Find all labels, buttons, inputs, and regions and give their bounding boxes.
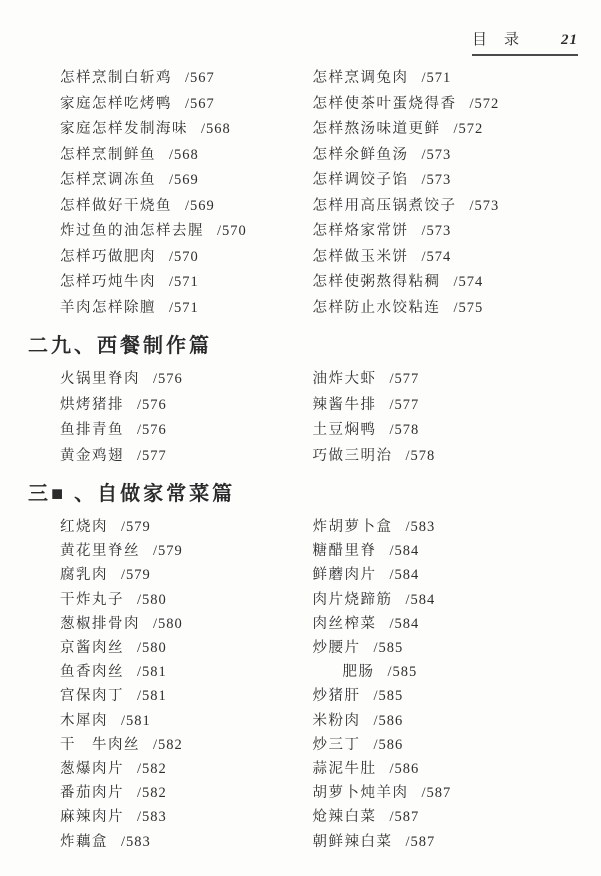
entry-page-number: /579 [121,519,151,535]
entry-page-number: /583 [121,834,151,850]
entry-page-number: /568 [201,121,231,137]
entry-page-number: /581 [137,688,167,704]
toc-entry: 葱椒排骨肉/580 [60,612,301,636]
toc-column-right: 怎样烹调兔肉/571怎样使茶叶蛋烧得香/572怎样熬汤味道更鲜/572怎样氽鲜鱼… [301,66,601,321]
entry-title: 家庭怎样发制海味 [60,121,188,137]
entry-page-number: /567 [185,70,215,86]
toc-entry: 黄花里脊丝/579 [60,539,301,563]
entry-title: 糖醋里脊 [313,543,377,559]
entry-page-number: /567 [185,96,215,112]
entry-page-number: /586 [374,737,404,753]
toc-column-left: 火锅里脊肉/576烘烤猪排/576鱼排青鱼/576黄金鸡翅/577 [0,367,301,469]
toc-entry: 油炸大虾/577 [313,367,601,393]
entry-page-number: /586 [390,761,420,777]
entry-title: 怎样烹调兔肉 [313,70,409,86]
toc-entry: 番茄肉片/582 [60,781,301,805]
entry-page-number: /577 [137,448,167,464]
entry-page-number: /587 [390,809,420,825]
entry-page-number: /581 [137,664,167,680]
entry-title: 巧做三明治 [313,448,393,464]
entry-title: 怎样烹调冻鱼 [60,172,156,188]
toc-entry: 鱼排青鱼/576 [60,418,301,444]
toc-entry: 怎样烹调冻鱼/569 [60,168,301,194]
entry-page-number: /572 [470,96,500,112]
entry-page-number: /582 [153,737,183,753]
toc-sections: 怎样烹制白斩鸡/567家庭怎样吃烤鸭/567家庭怎样发制海味/568怎样烹制鲜鱼… [0,66,601,854]
entry-title: 红烧肉 [60,519,108,535]
toc-entry: 怎样烹制鲜鱼/568 [60,143,301,169]
entry-page-number: /585 [374,640,404,656]
entry-title: 怎样熬汤味道更鲜 [313,121,441,137]
entry-page-number: /571 [422,70,452,86]
entry-page-number: /583 [406,519,436,535]
entry-page-number: /584 [390,616,420,632]
entry-title: 怎样烹制鲜鱼 [60,147,156,163]
toc-entry: 京酱肉丝/580 [60,636,301,660]
entry-page-number: /572 [454,121,484,137]
entry-title: 炝辣白菜 [313,809,377,825]
entry-title: 鲜蘑肉片 [313,567,377,583]
toc-entry: 腐乳肉/579 [60,563,301,587]
entry-page-number: /584 [406,592,436,608]
entry-page-number: /574 [422,249,452,265]
entry-title: 宫保肉丁 [60,688,124,704]
entry-title: 辣酱牛排 [313,397,377,413]
toc-entry: 家庭怎样发制海味/568 [60,117,301,143]
entry-title: 肥肠 [343,664,375,680]
entry-page-number: /578 [406,448,436,464]
entry-page-number: /570 [169,249,199,265]
entry-title: 怎样巧做肥肉 [60,249,156,265]
entry-page-number: /578 [390,422,420,438]
entry-page-number: /585 [374,688,404,704]
toc-entry: 巧做三明治/578 [313,444,601,470]
toc-entry: 肉片烧蹄筋/584 [313,588,601,612]
toc-entry: 怎样熬汤味道更鲜/572 [313,117,601,143]
entry-title: 鱼排青鱼 [60,422,124,438]
toc-entry: 土豆焖鸭/578 [313,418,601,444]
entry-title: 京酱肉丝 [60,640,124,656]
entry-title: 怎样烙家常饼 [313,223,409,239]
entry-title: 鱼香肉丝 [60,664,124,680]
toc-column-left: 红烧肉/579黄花里脊丝/579腐乳肉/579干炸丸子/580葱椒排骨肉/580… [0,515,301,854]
entry-title: 家庭怎样吃烤鸭 [60,96,172,112]
entry-page-number: /579 [153,543,183,559]
toc-entry: 怎样巧炖牛肉/571 [60,270,301,296]
entry-page-number: /580 [137,640,167,656]
toc-section: 三■ 、自做家常菜篇红烧肉/579黄花里脊丝/579腐乳肉/579干炸丸子/58… [0,481,601,854]
entry-page-number: /583 [137,809,167,825]
entry-page-number: /576 [137,422,167,438]
entry-page-number: /568 [169,147,199,163]
toc-entry: 蒜泥牛肚/586 [313,757,601,781]
entry-title: 黄金鸡翅 [60,448,124,464]
entry-title: 烘烤猪排 [60,397,124,413]
entry-page-number: /582 [137,761,167,777]
toc-entry: 家庭怎样吃烤鸭/567 [60,92,301,118]
entry-page-number: /587 [406,834,436,850]
toc-entry: 炒猪肝/585 [313,684,601,708]
toc-entry: 肥肠/585 [313,660,601,684]
section-heading: 二九、西餐制作篇 [28,333,601,359]
entry-title: 土豆焖鸭 [313,422,377,438]
toc-entry: 怎样调饺子馅/573 [313,168,601,194]
toc-entry: 麻辣肉片/583 [60,805,301,829]
entry-page-number: /571 [169,300,199,316]
toc-entry: 炒腰片/585 [313,636,601,660]
toc-entry: 炸藕盒/583 [60,830,301,854]
entry-page-number: /580 [137,592,167,608]
toc-entry: 怎样烙家常饼/573 [313,219,601,245]
entry-page-number: /573 [422,172,452,188]
toc-entry: 干炸丸子/580 [60,588,301,612]
toc-entry: 辣酱牛排/577 [313,393,601,419]
toc-entry: 怎样防止水饺粘连/575 [313,296,601,322]
entry-title: 米粉肉 [313,713,361,729]
toc-entry: 木犀肉/581 [60,709,301,733]
entry-title: 麻辣肉片 [60,809,124,825]
entry-title: 怎样使粥熬得粘稠 [313,274,441,290]
entry-page-number: /576 [137,397,167,413]
entry-title: 干 牛肉丝 [60,737,140,753]
entry-title: 朝鲜辣白菜 [313,834,393,850]
toc-entry: 火锅里脊肉/576 [60,367,301,393]
entry-page-number: /580 [153,616,183,632]
entry-title: 怎样巧炖牛肉 [60,274,156,290]
toc-columns: 怎样烹制白斩鸡/567家庭怎样吃烤鸭/567家庭怎样发制海味/568怎样烹制鲜鱼… [0,66,601,321]
entry-title: 怎样氽鲜鱼汤 [313,147,409,163]
toc-entry: 干 牛肉丝/582 [60,733,301,757]
page-number: 21 [561,32,578,49]
entry-page-number: /574 [454,274,484,290]
entry-title: 腐乳肉 [60,567,108,583]
entry-page-number: /577 [390,397,420,413]
entry-title: 怎样做玉米饼 [313,249,409,265]
entry-title: 番茄肉片 [60,785,124,801]
entry-page-number: /573 [422,223,452,239]
toc-entry: 炸过鱼的油怎样去腥/570 [60,219,301,245]
entry-page-number: /579 [121,567,151,583]
entry-page-number: /569 [185,198,215,214]
toc-entry: 炸胡萝卜盒/583 [313,515,601,539]
entry-title: 炒三丁 [313,737,361,753]
toc-section: 二九、西餐制作篇火锅里脊肉/576烘烤猪排/576鱼排青鱼/576黄金鸡翅/57… [0,333,601,469]
entry-title: 肉片烧蹄筋 [313,592,393,608]
entry-page-number: /584 [390,543,420,559]
entry-title: 火锅里脊肉 [60,371,140,387]
toc-entry: 羊肉怎样除膻/571 [60,296,301,322]
toc-column-left: 怎样烹制白斩鸡/567家庭怎样吃烤鸭/567家庭怎样发制海味/568怎样烹制鲜鱼… [0,66,301,321]
toc-section: 怎样烹制白斩鸡/567家庭怎样吃烤鸭/567家庭怎样发制海味/568怎样烹制鲜鱼… [0,66,601,321]
toc-entry: 宫保肉丁/581 [60,684,301,708]
entry-page-number: /576 [153,371,183,387]
toc-entry: 鲜蘑肉片/584 [313,563,601,587]
toc-entry: 鱼香肉丝/581 [60,660,301,684]
entry-page-number: /575 [454,300,484,316]
toc-entry: 肉丝榨菜/584 [313,612,601,636]
toc-entry: 黄金鸡翅/577 [60,444,301,470]
toc-columns: 红烧肉/579黄花里脊丝/579腐乳肉/579干炸丸子/580葱椒排骨肉/580… [0,515,601,854]
toc-entry: 葱爆肉片/582 [60,757,301,781]
entry-title: 葱爆肉片 [60,761,124,777]
entry-title: 胡萝卜炖羊肉 [313,785,409,801]
toc-header-title: 目 录 [472,28,520,49]
entry-title: 蒜泥牛肚 [313,761,377,777]
toc-entry: 怎样烹制白斩鸡/567 [60,66,301,92]
entry-title: 怎样使茶叶蛋烧得香 [313,96,457,112]
entry-title: 油炸大虾 [313,371,377,387]
toc-entry: 怎样做玉米饼/574 [313,245,601,271]
toc-columns: 火锅里脊肉/576烘烤猪排/576鱼排青鱼/576黄金鸡翅/577油炸大虾/57… [0,367,601,469]
entry-page-number: /584 [390,567,420,583]
entry-page-number: /577 [390,371,420,387]
toc-entry: 炝辣白菜/587 [313,805,601,829]
entry-title: 干炸丸子 [60,592,124,608]
toc-entry: 怎样氽鲜鱼汤/573 [313,143,601,169]
toc-column-right: 炸胡萝卜盒/583糖醋里脊/584鲜蘑肉片/584肉片烧蹄筋/584肉丝榨菜/5… [301,515,601,854]
entry-page-number: /571 [169,274,199,290]
toc-entry: 怎样用高压锅煮饺子/573 [313,194,601,220]
toc-entry: 烘烤猪排/576 [60,393,301,419]
page-header: 目 录 21 [472,28,578,56]
entry-title: 炒猪肝 [313,688,361,704]
toc-entry: 怎样做好干烧鱼/569 [60,194,301,220]
toc-entry: 米粉肉/586 [313,709,601,733]
entry-title: 怎样防止水饺粘连 [313,300,441,316]
entry-title: 怎样做好干烧鱼 [60,198,172,214]
toc-entry: 怎样烹调兔肉/571 [313,66,601,92]
entry-title: 葱椒排骨肉 [60,616,140,632]
entry-page-number: /569 [169,172,199,188]
entry-title: 怎样用高压锅煮饺子 [313,198,457,214]
entry-title: 羊肉怎样除膻 [60,300,156,316]
entry-title: 肉丝榨菜 [313,616,377,632]
entry-title: 怎样调饺子馅 [313,172,409,188]
toc-entry: 糖醋里脊/584 [313,539,601,563]
toc-entry: 怎样巧做肥肉/570 [60,245,301,271]
toc-entry: 朝鲜辣白菜/587 [313,830,601,854]
toc-entry: 红烧肉/579 [60,515,301,539]
entry-page-number: /573 [470,198,500,214]
toc-entry: 怎样使茶叶蛋烧得香/572 [313,92,601,118]
entry-title: 黄花里脊丝 [60,543,140,559]
toc-entry: 炒三丁/586 [313,733,601,757]
section-heading: 三■ 、自做家常菜篇 [28,481,601,507]
entry-page-number: /573 [422,147,452,163]
entry-title: 炸过鱼的油怎样去腥 [60,223,204,239]
toc-column-right: 油炸大虾/577辣酱牛排/577土豆焖鸭/578巧做三明治/578 [301,367,601,469]
toc-page: 目 录 21 怎样烹制白斩鸡/567家庭怎样吃烤鸭/567家庭怎样发制海味/56… [0,0,601,876]
entry-page-number: /586 [374,713,404,729]
entry-page-number: /570 [217,223,247,239]
entry-title: 炒腰片 [313,640,361,656]
entry-page-number: /587 [422,785,452,801]
entry-title: 木犀肉 [60,713,108,729]
entry-title: 怎样烹制白斩鸡 [60,70,172,86]
toc-entry: 胡萝卜炖羊肉/587 [313,781,601,805]
entry-title: 炸胡萝卜盒 [313,519,393,535]
entry-page-number: /585 [388,664,418,680]
entry-page-number: /581 [121,713,151,729]
entry-title: 炸藕盒 [60,834,108,850]
toc-entry: 怎样使粥熬得粘稠/574 [313,270,601,296]
entry-page-number: /582 [137,785,167,801]
